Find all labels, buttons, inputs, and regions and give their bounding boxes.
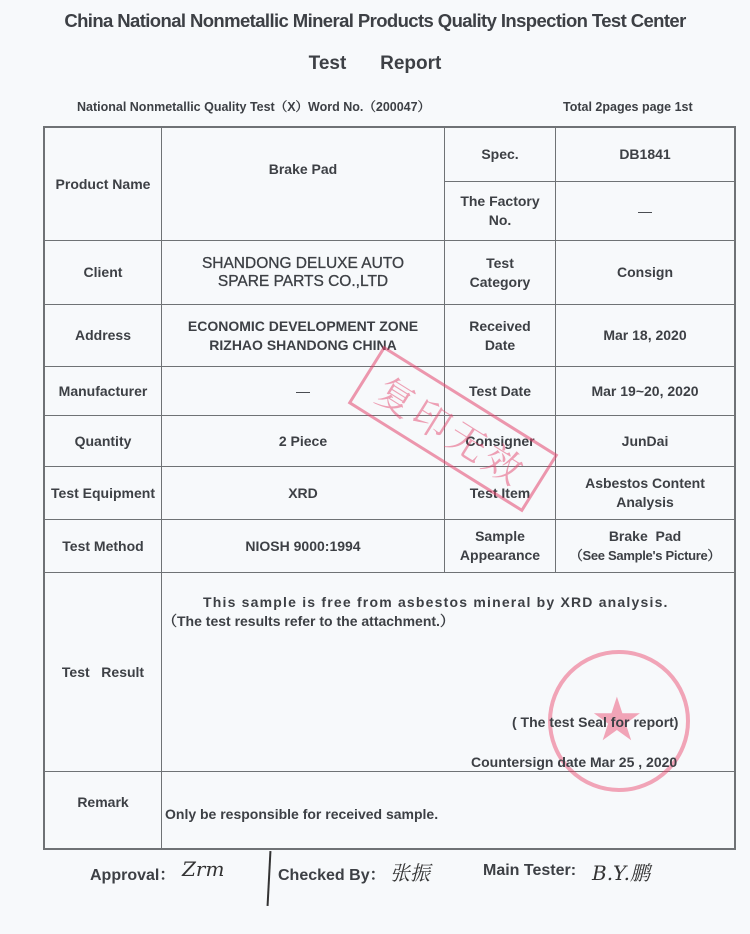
checked-by-label: Checked By： <box>278 862 386 885</box>
address-label: Address <box>45 305 161 366</box>
approval-signature: Zrm <box>182 857 224 881</box>
seal-note: ( The test Seal for report) <box>512 714 678 730</box>
test-category-value: Consign <box>556 241 734 304</box>
consigner-value: JunDai <box>556 416 734 466</box>
signature-stroke <box>267 851 271 906</box>
test-result-line1: This sample is free from asbestos minera… <box>163 593 750 612</box>
remark-label: Remark <box>45 772 161 848</box>
test-result-line2: （The test results refer to the attachmen… <box>163 612 750 631</box>
test-item-value: Asbestos Content Analysis <box>556 467 734 519</box>
quantity-label: Quantity <box>45 416 161 466</box>
sample-appearance-value-line1: Brake Pad <box>609 527 681 546</box>
test-equipment-label: Test Equipment <box>45 467 161 519</box>
test-method-value: NIOSH 9000:1994 <box>162 520 444 572</box>
sample-appearance-value: Brake Pad （See Sample's Picture） <box>556 520 734 572</box>
main-tester-signature: B.Y.鹏 <box>592 857 650 886</box>
factory-no-value: — <box>556 182 734 240</box>
approval-label: Approval： <box>90 862 175 885</box>
main-tester-label: Main Tester: <box>483 862 576 880</box>
test-result-label: Test Result <box>45 573 161 771</box>
factory-no-label: The Factory No. <box>445 182 555 240</box>
manufacturer-label: Manufacturer <box>45 367 161 415</box>
received-date-label: Received Date <box>445 305 555 366</box>
test-category-label: Test Category <box>445 241 555 304</box>
sample-appearance-value-line2: （See Sample's Picture） <box>570 546 720 565</box>
remark-text: Only be responsible for received sample. <box>165 806 438 822</box>
organization-title: China National Nonmetallic Mineral Produ… <box>0 10 750 32</box>
received-date-value: Mar 18, 2020 <box>556 305 734 366</box>
client-value: SHANDONG DELUXE AUTO SPARE PARTS CO.,LTD <box>162 241 444 304</box>
test-method-label: Test Method <box>45 520 161 572</box>
product-name-value: Brake Pad <box>162 128 444 240</box>
product-name-label: Product Name <box>45 128 161 240</box>
spec-value: DB1841 <box>556 128 734 181</box>
test-equipment-value: XRD <box>162 467 444 519</box>
test-result-text: This sample is free from asbestos minera… <box>163 593 750 631</box>
spec-label: Spec. <box>445 128 555 181</box>
countersign-date: Countersign date Mar 25 , 2020 <box>471 754 677 770</box>
client-label: Client <box>45 241 161 304</box>
document-title: Test Report <box>0 53 750 75</box>
test-date-value: Mar 19~20, 2020 <box>556 367 734 415</box>
page-info: Total 2pages page 1st <box>563 100 693 114</box>
sample-appearance-label: Sample Appearance <box>445 520 555 572</box>
word-number: National Nonmetallic Quality Test（X）Word… <box>77 97 430 115</box>
checked-by-signature: 张振 <box>390 857 430 886</box>
